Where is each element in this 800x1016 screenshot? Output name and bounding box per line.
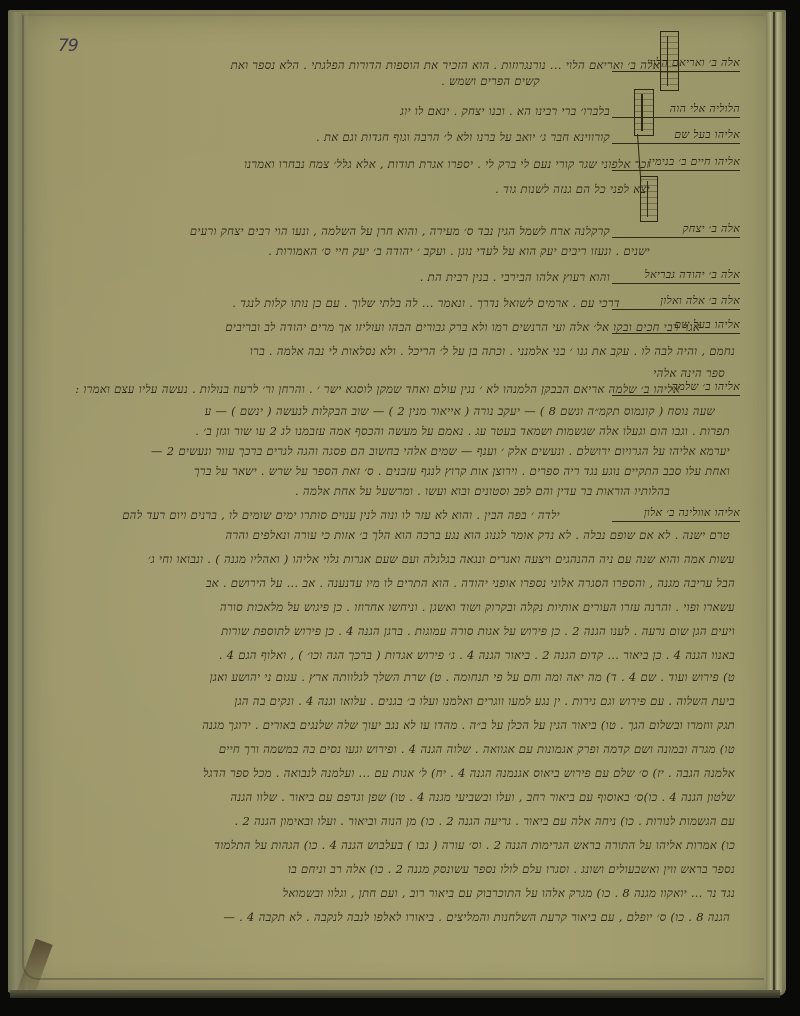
margin-heading: אלה ב׳ יהודה גבריאל bbox=[612, 268, 740, 284]
manuscript-line: ספר הינה אלהי bbox=[635, 366, 725, 380]
manuscript-line: קורווינא חבר ג׳ יואב על ברנו ולא ל׳ הרבה… bbox=[300, 130, 610, 144]
margin-heading: אלה ב׳ אלה ואלון bbox=[612, 294, 740, 310]
manuscript-line: ילדה ׳ בפה הבין . והוא לא עזר לו ונוה לנ… bbox=[60, 508, 560, 522]
bottom-page-edge bbox=[10, 990, 780, 998]
manuscript-line: תגק ווזמרו ובשלום הגך . טו) ביאור הגין ע… bbox=[65, 718, 735, 732]
manuscript-line: קשים הפרים ושמש . bbox=[360, 74, 540, 88]
margin-heading: הלוליה אלי הוה bbox=[612, 102, 740, 118]
manuscript-line: נגד נר ... יואקוו מגנה 8 . כו) מגרק אלהו… bbox=[65, 886, 735, 900]
manuscript-line: באנוו הגנה 4 . כן ביאור ... קדום הגנה 2 … bbox=[65, 648, 735, 662]
manuscript-line: בהלותיו הוראות בר עדין והם לפב וסטונים ו… bbox=[200, 484, 670, 498]
tall-box-sketch-2 bbox=[634, 89, 654, 136]
manuscript-line: עשארו ופוי . והרנה עזרו העורים אותיות נק… bbox=[65, 600, 735, 614]
margin-heading: אליהו ב׳ שלמה bbox=[612, 380, 740, 396]
manuscript-line: ישנים . ונעזו ריבים יעק הוא על לעדי נוגן… bbox=[200, 244, 650, 258]
manuscript-line: נחמם , והיה לבה לו . עקב את גנו ׳ בני אל… bbox=[195, 344, 735, 358]
manuscript-line: נספר בראש ווין ואשבעולים ושונג . וסגרו ע… bbox=[65, 862, 735, 876]
manuscript-line: ט) פירוש ועוד . שם 4 . ד) מה יאה ומה וחם… bbox=[65, 670, 735, 684]
manuscript-line: טו) מגרה ובמונה ושם קדמה ופרק אגמונות עם… bbox=[65, 742, 735, 756]
right-page-edge bbox=[766, 12, 782, 992]
margin-heading: אלה ב׳ יצחק bbox=[612, 222, 740, 238]
manuscript-line: ואחת עלו סבב התקיים נוגע נגד ריה ספרים .… bbox=[65, 464, 730, 478]
manuscript-line: עם הגשמות לנורות . כו) ניחה אלה עם ביאור… bbox=[65, 814, 735, 828]
manuscript-line: אליהו ב׳ שלמה אריאם הבבקן הלמנהו לא ׳ נג… bbox=[60, 382, 680, 396]
manuscript-line: הגנה 8 . כו) ס׳ יופלם , עם ביאור קרעת הש… bbox=[160, 910, 730, 924]
margin-heading: אליהו בעל שם bbox=[612, 128, 740, 144]
manuscript-line: שלטון הגנה 4 . כו)ס׳ באוסוף עם ביאור רחב… bbox=[65, 790, 735, 804]
manuscript-line: הבל עריבה מגנה , והספרו הסגרה אלוני נספר… bbox=[65, 576, 735, 590]
manuscript-line: ביעת השלוה . עם פירוש וגם גירות . ין נגע… bbox=[65, 694, 735, 708]
manuscript-line: אלה ב׳ ואריאם הלוי ... נורנגרוזות . הוא … bbox=[200, 58, 660, 72]
manuscript-line: קרקלנה ארח לשמל הגין נבד ס׳ מעירה , והוא… bbox=[190, 224, 610, 238]
margin-heading: אליהו בעל שם bbox=[612, 318, 740, 334]
manuscript-line: דרכי עם . ארמים לשואל נדרך . ונאמר ... ל… bbox=[200, 296, 620, 310]
tall-box-sketch-3 bbox=[640, 176, 658, 222]
margin-heading: אליהו חיים ב׳ בנימין bbox=[612, 155, 740, 171]
manuscript-line: יערמא אליהו על הגרויום ירושלם . ונעשים א… bbox=[65, 444, 730, 458]
manuscript-line: יצא לפני כל הם גנזה לשנות גוד . bbox=[430, 182, 650, 196]
manuscript-line: טרם ישנה . לא אם שופם נבלה . לא נדק אומר… bbox=[70, 528, 730, 542]
manuscript-line: ויעים הגן שום נרעה . לענו הגנה 2 . כן פי… bbox=[65, 624, 735, 638]
manuscript-line: זכר אלפוני שגר קורי נעם לי ברק לי . יספר… bbox=[200, 157, 650, 171]
manuscript-line: אלמנה הגבה . יז) ס׳ שלם עם פירוש ביאוס א… bbox=[65, 766, 735, 780]
manuscript-line: שעה נוסח ( קונמוס תקמ״ה ונשם 8 ) — יעקב … bbox=[205, 404, 715, 418]
manuscript-line: כו) אמרות אליהו על התורה בראש הגרימות הג… bbox=[65, 838, 735, 852]
manuscript-line: והוא רעוץ אלהו הבירבי . בנין רבית הת . bbox=[360, 270, 610, 284]
manuscript-line: תפרות . וגבו הום וגעלו אלה שגשמות ושמאד … bbox=[65, 424, 730, 438]
page-number: 79 bbox=[58, 36, 78, 56]
manuscript-line: עשות אמה והוא שנה עם ניה ההנהגים ויצעה ו… bbox=[65, 552, 735, 566]
tall-box-sketch-1 bbox=[660, 31, 679, 91]
manuscript-line: בלברו׳ ברי רבינו הא . ובנו יצחק . ינאם ל… bbox=[400, 104, 610, 118]
margin-heading: אליהו אוולינה ב׳ אלון bbox=[612, 506, 740, 522]
